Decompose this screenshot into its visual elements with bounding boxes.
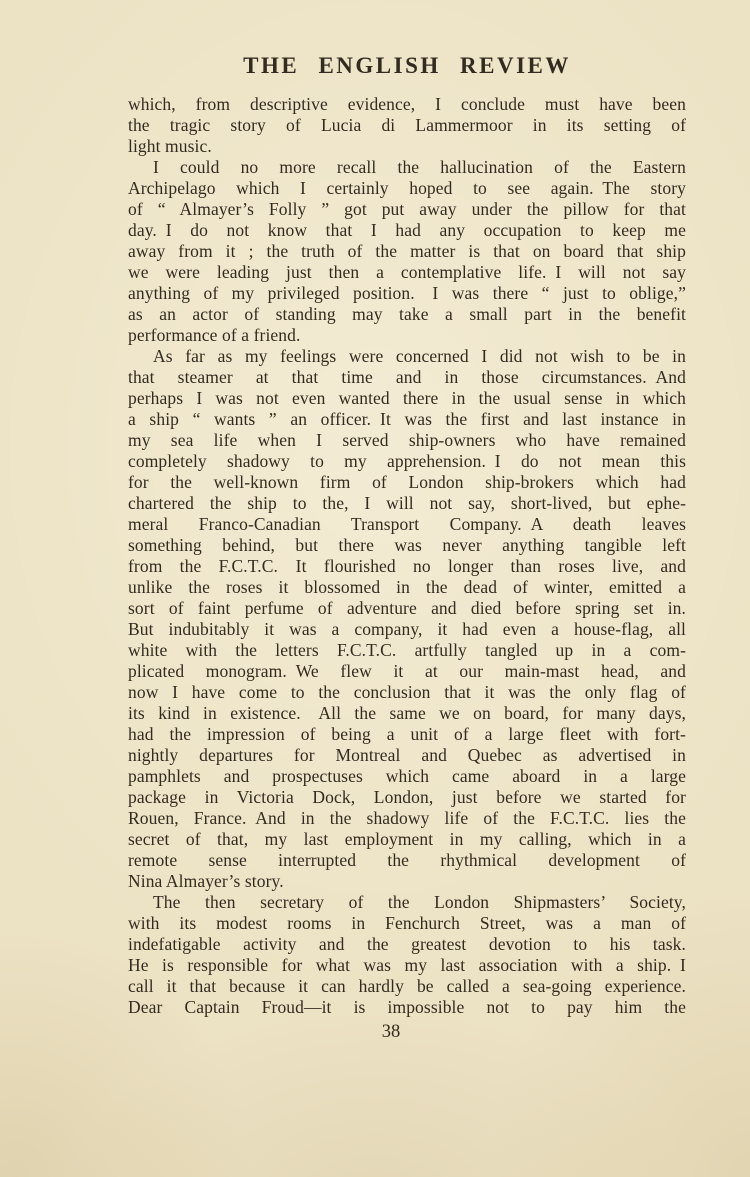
text-line: something behind, but there was never an… <box>128 535 686 556</box>
text-line: we were leading just then a contemplativ… <box>128 262 686 283</box>
text-line: unlike the roses it blossomed in the dea… <box>128 577 686 598</box>
text-line: secret of that, my last employment in my… <box>128 829 686 850</box>
text-line: light music. <box>128 136 686 157</box>
text-line: nightly departures for Montreal and Queb… <box>128 745 686 766</box>
text-line: with its modest rooms in Fenchurch Stree… <box>128 913 686 934</box>
paragraph: The then secretary of the London Shipmas… <box>128 892 686 1018</box>
text-line: as an actor of standing may take a small… <box>128 304 686 325</box>
text-line: the tragic story of Lucia di Lammermoor … <box>128 115 686 136</box>
text-line: call it that because it can hardly be ca… <box>128 976 686 997</box>
text-line: from the F.C.T.C. It flourished no longe… <box>128 556 686 577</box>
text-line: anything of my privileged position. I wa… <box>128 283 686 304</box>
text-line: pamphlets and prospectuses which came ab… <box>128 766 686 787</box>
text-line: meral Franco-Canadian Transport Company.… <box>128 514 686 535</box>
text-line: package in Victoria Dock, London, just b… <box>128 787 686 808</box>
page-header-title: THE ENGLISH REVIEW <box>128 53 686 79</box>
scanned-page: THE ENGLISH REVIEW which, from descripti… <box>0 0 750 1177</box>
text-line: perhaps I was not even wanted there in t… <box>128 388 686 409</box>
text-line: that steamer at that time and in those c… <box>128 367 686 388</box>
text-line: He is responsible for what was my last a… <box>128 955 686 976</box>
text-line: Archipelago which I certainly hoped to s… <box>128 178 686 199</box>
text-line: for the well-known firm of London ship-b… <box>128 472 686 493</box>
text-line: chartered the ship to the, I will not sa… <box>128 493 686 514</box>
text-line: had the impression of being a unit of a … <box>128 724 686 745</box>
text-line: remote sense interrupted the rhythmical … <box>128 850 686 871</box>
text-line: which, from descriptive evidence, I conc… <box>128 94 686 115</box>
text-line: But indubitably it was a company, it had… <box>128 619 686 640</box>
text-line: my sea life when I served ship-owners wh… <box>128 430 686 451</box>
text-line: its kind in existence. All the same we o… <box>128 703 686 724</box>
body-text: which, from descriptive evidence, I conc… <box>128 94 686 1018</box>
text-line: Nina Almayer’s story. <box>128 871 686 892</box>
paragraph: I could no more recall the hallucination… <box>128 157 686 346</box>
text-line: day. I do not know that I had any occupa… <box>128 220 686 241</box>
text-line: white with the letters F.C.T.C. artfully… <box>128 640 686 661</box>
text-line: The then secretary of the London Shipmas… <box>128 892 686 913</box>
text-line: indefatigable activity and the greatest … <box>128 934 686 955</box>
paragraph: which, from descriptive evidence, I conc… <box>128 94 686 157</box>
paragraph: As far as my feelings were concerned I d… <box>128 346 686 892</box>
text-line: As far as my feelings were concerned I d… <box>128 346 686 367</box>
text-line: plicated monogram. We flew it at our mai… <box>128 661 686 682</box>
text-line: a ship “ wants ” an officer. It was the … <box>128 409 686 430</box>
text-line: of “ Almayer’s Folly ” got put away unde… <box>128 199 686 220</box>
text-line: performance of a friend. <box>128 325 686 346</box>
text-line: sort of faint perfume of adventure and d… <box>128 598 686 619</box>
page-number: 38 <box>112 1022 670 1043</box>
text-line: now I have come to the conclusion that i… <box>128 682 686 703</box>
text-line: Dear Captain Froud—it is impossible not … <box>128 997 686 1018</box>
text-line: completely shadowy to my apprehension. I… <box>128 451 686 472</box>
text-line: I could no more recall the hallucination… <box>128 157 686 178</box>
text-line: away from it ; the truth of the matter i… <box>128 241 686 262</box>
text-line: Rouen, France. And in the shadowy life o… <box>128 808 686 829</box>
